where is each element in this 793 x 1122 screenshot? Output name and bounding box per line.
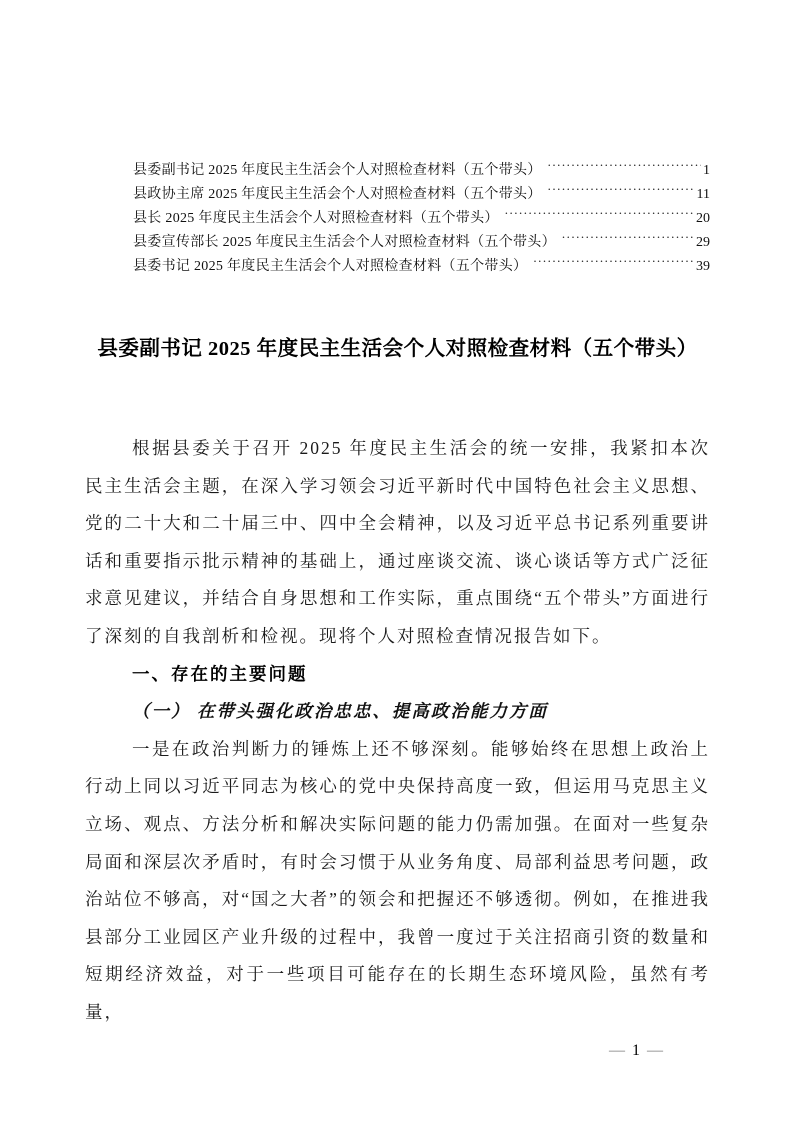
toc-dot-leader (533, 254, 694, 270)
toc-entry-label: 县长 2025 年度民主生活会个人对照检查材料（五个带头） (133, 207, 499, 230)
toc-dot-leader (562, 230, 694, 246)
toc-page-number: 11 (697, 183, 710, 206)
footer-right-dash: — (640, 1042, 670, 1059)
toc-entry[interactable]: 县委书记 2025 年度民主生活会个人对照检查材料（五个带头） 39 (133, 254, 710, 278)
page-number-footer: —1— (602, 1042, 670, 1060)
toc-entry[interactable]: 县委副书记 2025 年度民主生活会个人对照检查材料（五个带头） 1 (133, 158, 710, 182)
body-paragraph: 一是在政治判断力的锤炼上还不够深刻。能够始终在思想上政治上行动上同以习近平同志为… (85, 731, 710, 1032)
toc-page-number: 29 (696, 231, 710, 254)
toc-page-number: 39 (696, 255, 710, 278)
document-body: 根据县委关于召开 2025 年度民主生活会的统一安排，我紧扣本次民主生活会主题，… (85, 430, 710, 1032)
toc-entry-label: 县委宣传部长 2025 年度民主生活会个人对照检查材料（五个带头） (133, 231, 556, 254)
section-heading: 一、存在的主要问题 (85, 656, 710, 694)
toc-entry[interactable]: 县长 2025 年度民主生活会个人对照检查材料（五个带头） 20 (133, 206, 710, 230)
table-of-contents: 县委副书记 2025 年度民主生活会个人对照检查材料（五个带头） 1 县政协主席… (85, 158, 710, 278)
toc-entry-label: 县政协主席 2025 年度民主生活会个人对照检查材料（五个带头） (133, 183, 542, 206)
toc-entry-label: 县委副书记 2025 年度民主生活会个人对照检查材料（五个带头） (133, 159, 542, 182)
toc-entry[interactable]: 县委宣传部长 2025 年度民主生活会个人对照检查材料（五个带头） 29 (133, 230, 710, 254)
toc-entry[interactable]: 县政协主席 2025 年度民主生活会个人对照检查材料（五个带头） 11 (133, 182, 710, 206)
toc-dot-leader (548, 158, 701, 174)
footer-page-number: 1 (632, 1042, 640, 1059)
toc-entry-label: 县委书记 2025 年度民主生活会个人对照检查材料（五个带头） (133, 255, 527, 278)
footer-left-dash: — (602, 1042, 632, 1059)
toc-page-number: 1 (703, 159, 710, 182)
intro-paragraph: 根据县委关于召开 2025 年度民主生活会的统一安排，我紧扣本次民主生活会主题，… (85, 430, 710, 656)
toc-page-number: 20 (696, 207, 710, 230)
subsection-heading: （一） 在带头强化政治忠忠、提高政治能力方面 (85, 693, 710, 731)
document-title: 县委副书记 2025 年度民主生活会个人对照检查材料（五个带头） (85, 334, 710, 364)
document-page: 县委副书记 2025 年度民主生活会个人对照检查材料（五个带头） 1 县政协主席… (0, 0, 793, 1122)
toc-dot-leader (548, 182, 695, 198)
toc-dot-leader (505, 206, 694, 222)
